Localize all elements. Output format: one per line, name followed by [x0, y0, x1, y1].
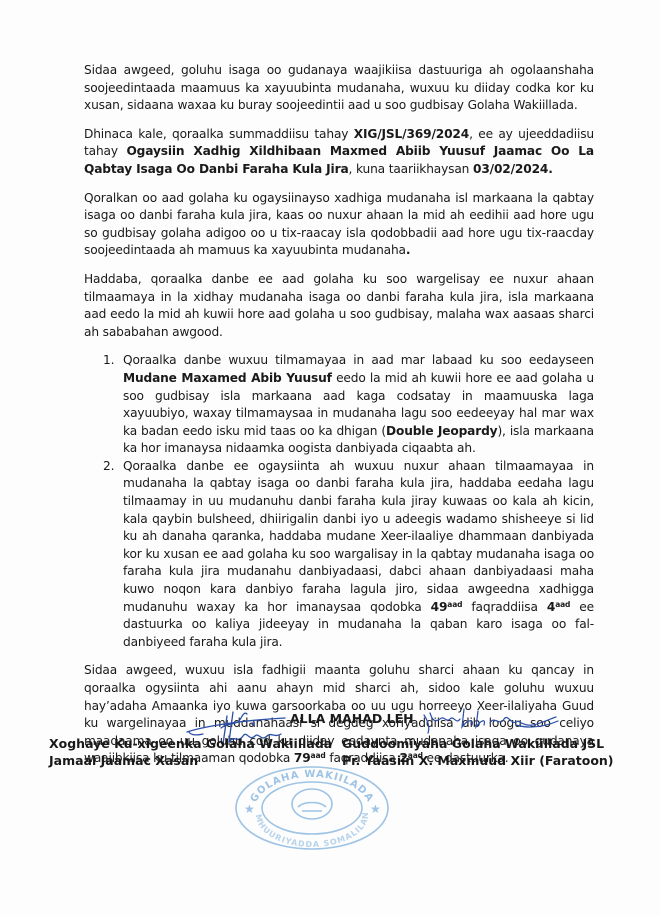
- text: Dhinaca kale, qoraalka summaddiisu tahay: [84, 127, 354, 141]
- term: Double Jeopardy: [386, 424, 497, 438]
- person-name: Mudane Maxamed Abib Yuusuf: [123, 371, 332, 385]
- list-number: 1.: [103, 352, 114, 370]
- text: Qoraalka danbe ee ogaysiinta ah wuxuu nu…: [123, 459, 594, 614]
- signatory-right-title: Guddoomiyaha Golaha Wakiillada JSL: [342, 735, 614, 752]
- svg-text:★: ★: [244, 802, 255, 816]
- list-item: 1.Qoraalka danbe wuxuu tilmamayaa in aad…: [84, 352, 594, 458]
- closing-phrase: ALLA MAHAD LEH: [290, 711, 414, 726]
- paragraph-reference: Dhinaca kale, qoraalka summaddiisu tahay…: [84, 126, 594, 179]
- article-number: 49: [431, 600, 448, 614]
- paragraph-4: Haddaba, qoraalka danbe ee aad golaha ku…: [84, 271, 594, 341]
- ordinal-suffix: aad: [555, 600, 570, 609]
- list-number: 2.: [103, 458, 114, 476]
- text: , kuna taariikhaysan: [349, 162, 473, 176]
- reference-number: XIG/JSL/369/2024: [354, 127, 469, 141]
- svg-text:★: ★: [370, 802, 381, 816]
- ordinal-suffix: aad: [447, 600, 462, 609]
- text: Qoralkan oo aad golaha ku ogaysiinayso x…: [84, 191, 594, 258]
- official-stamp-icon: GOLAHA WAKIILADA JAMHUURIYADDA SOMALILAN…: [232, 763, 392, 853]
- text: .: [406, 243, 410, 257]
- text: faqraddiisa: [462, 600, 547, 614]
- paragraph-1: Sidaa awgeed, goluhu isaga oo gudanaya w…: [84, 62, 594, 115]
- letter-date: 03/02/2024.: [473, 162, 553, 176]
- list-item: 2.Qoraalka danbe ee ogaysiinta ah wuxuu …: [84, 458, 594, 652]
- signatory-left-title: Xoghaye Ku-xigeenka Golaha Wakiillada: [49, 735, 332, 752]
- paragraph-number: 4: [547, 600, 555, 614]
- text: Qoraalka danbe wuxuu tilmamayaa in aad m…: [123, 353, 594, 367]
- numbered-list: 1.Qoraalka danbe wuxuu tilmamayaa in aad…: [84, 352, 594, 651]
- letter-body: Sidaa awgeed, goluhu isaga oo gudanaya w…: [84, 62, 594, 779]
- paragraph-3: Qoralkan oo aad golaha ku ogaysiinayso x…: [84, 190, 594, 260]
